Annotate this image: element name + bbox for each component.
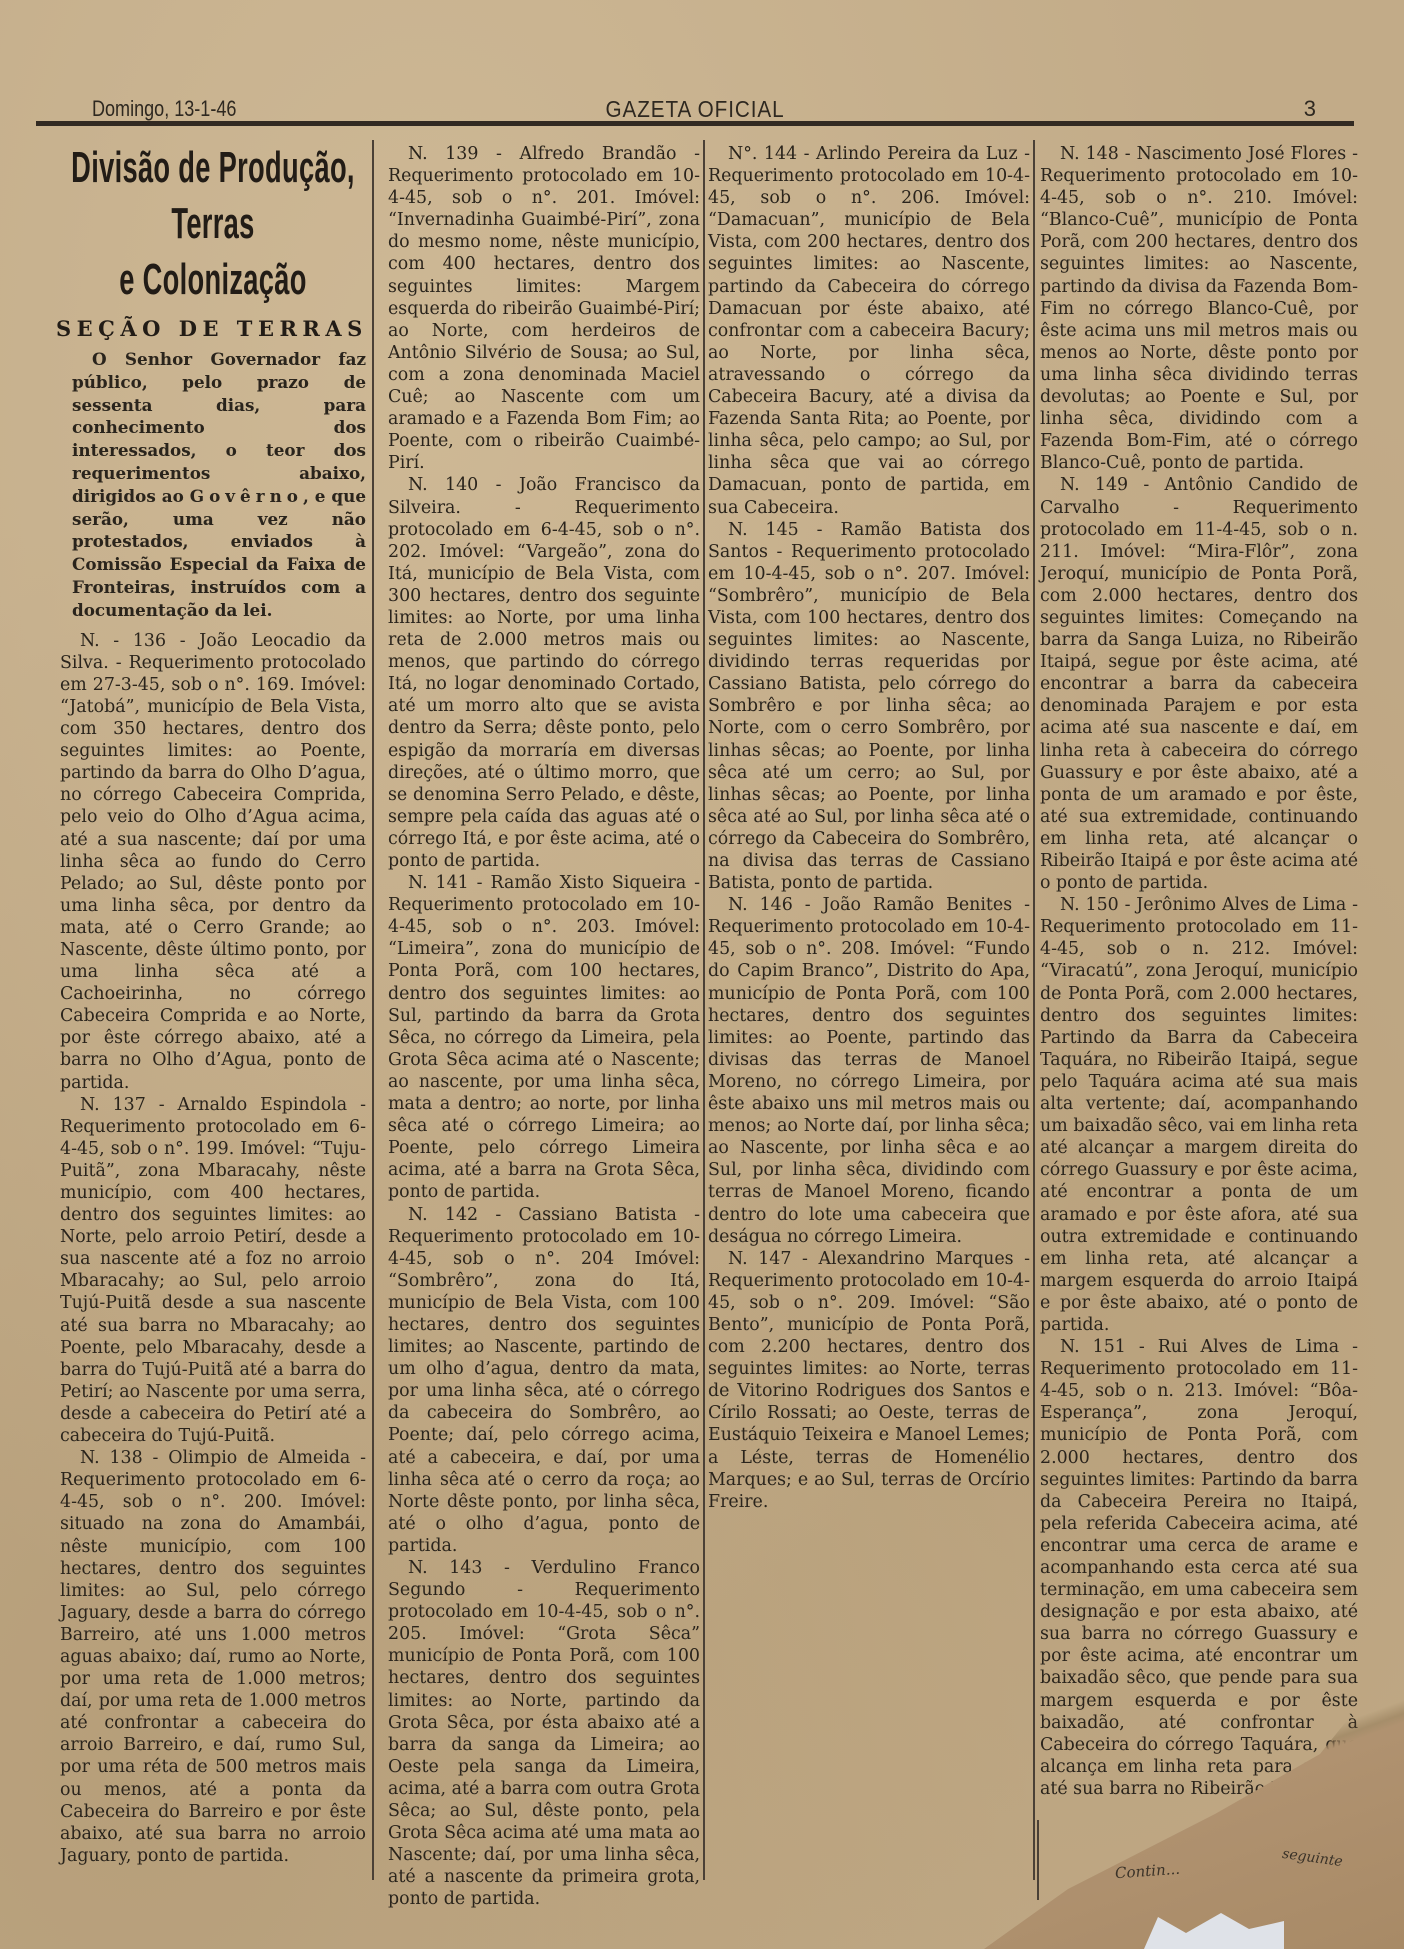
- masthead: Domingo, 13-1-46 GAZETA OFICIAL 3: [36, 92, 1354, 122]
- column-divider: [372, 140, 374, 1880]
- masthead-rule: [36, 121, 1354, 126]
- entry-140: N. 140 - João Francisco da Silveira. - R…: [388, 474, 700, 872]
- entry-146: N. 146 - João Ramão Benites - Requerimen…: [708, 894, 1030, 1248]
- entry-143: N. 143 - Verdulino Franco Segundo - Requ…: [388, 1557, 700, 1911]
- column-3: N°. 144 - Arlindo Pereira da Luz - Reque…: [708, 143, 1030, 1513]
- entry-138: N. 138 - Olimpio de Almeida - Requerimen…: [60, 1447, 366, 1867]
- entry-142: N. 142 - Cassiano Batista - Requerimento…: [388, 1204, 700, 1558]
- newspaper-page: Domingo, 13-1-46 GAZETA OFICIAL 3 Divisã…: [0, 0, 1404, 1949]
- entry-148: N. 148 - Nascimento José Flores - Requer…: [1040, 143, 1358, 474]
- column-2: N. 139 - Alfredo Brandão - Requerimento …: [388, 143, 700, 1911]
- newspaper-title: GAZETA OFICIAL: [102, 96, 1288, 123]
- page-number: 3: [1304, 96, 1316, 122]
- column-1: Divisão de Produção, Terras e Colonizaçã…: [60, 140, 366, 1867]
- entry-149: N. 149 - Antônio Candido de Carvalho - R…: [1040, 474, 1358, 894]
- entry-139: N. 139 - Alfredo Brandão - Requerimento …: [388, 143, 700, 474]
- headline-line-1: Divisão de Produção, Terras: [62, 140, 363, 252]
- entry-141: N. 141 - Ramão Xisto Siqueira - Requerim…: [388, 872, 700, 1203]
- column-divider: [703, 140, 705, 1880]
- entry-137: N. 137 - Arnaldo Espindola - Requeriment…: [60, 1094, 366, 1448]
- headline-line-2: e Colonização: [62, 252, 363, 308]
- intro-paragraph: O Senhor Governador faz público, pelo pr…: [60, 348, 366, 622]
- entry-145: N. 145 - Ramão Batista dos Santos - Requ…: [708, 519, 1030, 895]
- entry-147: N. 147 - Alexandrino Marques - Requerime…: [708, 1248, 1030, 1513]
- headline: Divisão de Produção, Terras e Colonizaçã…: [62, 140, 363, 308]
- entry-136: N. - 136 - João Leocadio da Silva. - Req…: [60, 630, 366, 1094]
- entry-151: N. 151 - Rui Alves de Lima - Requeriment…: [1040, 1336, 1358, 1800]
- intro-text: O Senhor Governador faz público, pelo pr…: [72, 349, 366, 506]
- column-4: N. 148 - Nascimento José Flores - Requer…: [1040, 143, 1358, 1800]
- column-divider: [1037, 1820, 1039, 1900]
- entry-144: N°. 144 - Arlindo Pereira da Luz - Reque…: [708, 143, 1030, 519]
- entry-150: N. 150 - Jerônimo Alves de Lima - Requer…: [1040, 894, 1358, 1336]
- section-title: SEÇÃO DE TERRAS: [56, 318, 366, 340]
- column-divider: [1033, 140, 1035, 1880]
- intro-emphasis: Govêrno: [190, 486, 303, 506]
